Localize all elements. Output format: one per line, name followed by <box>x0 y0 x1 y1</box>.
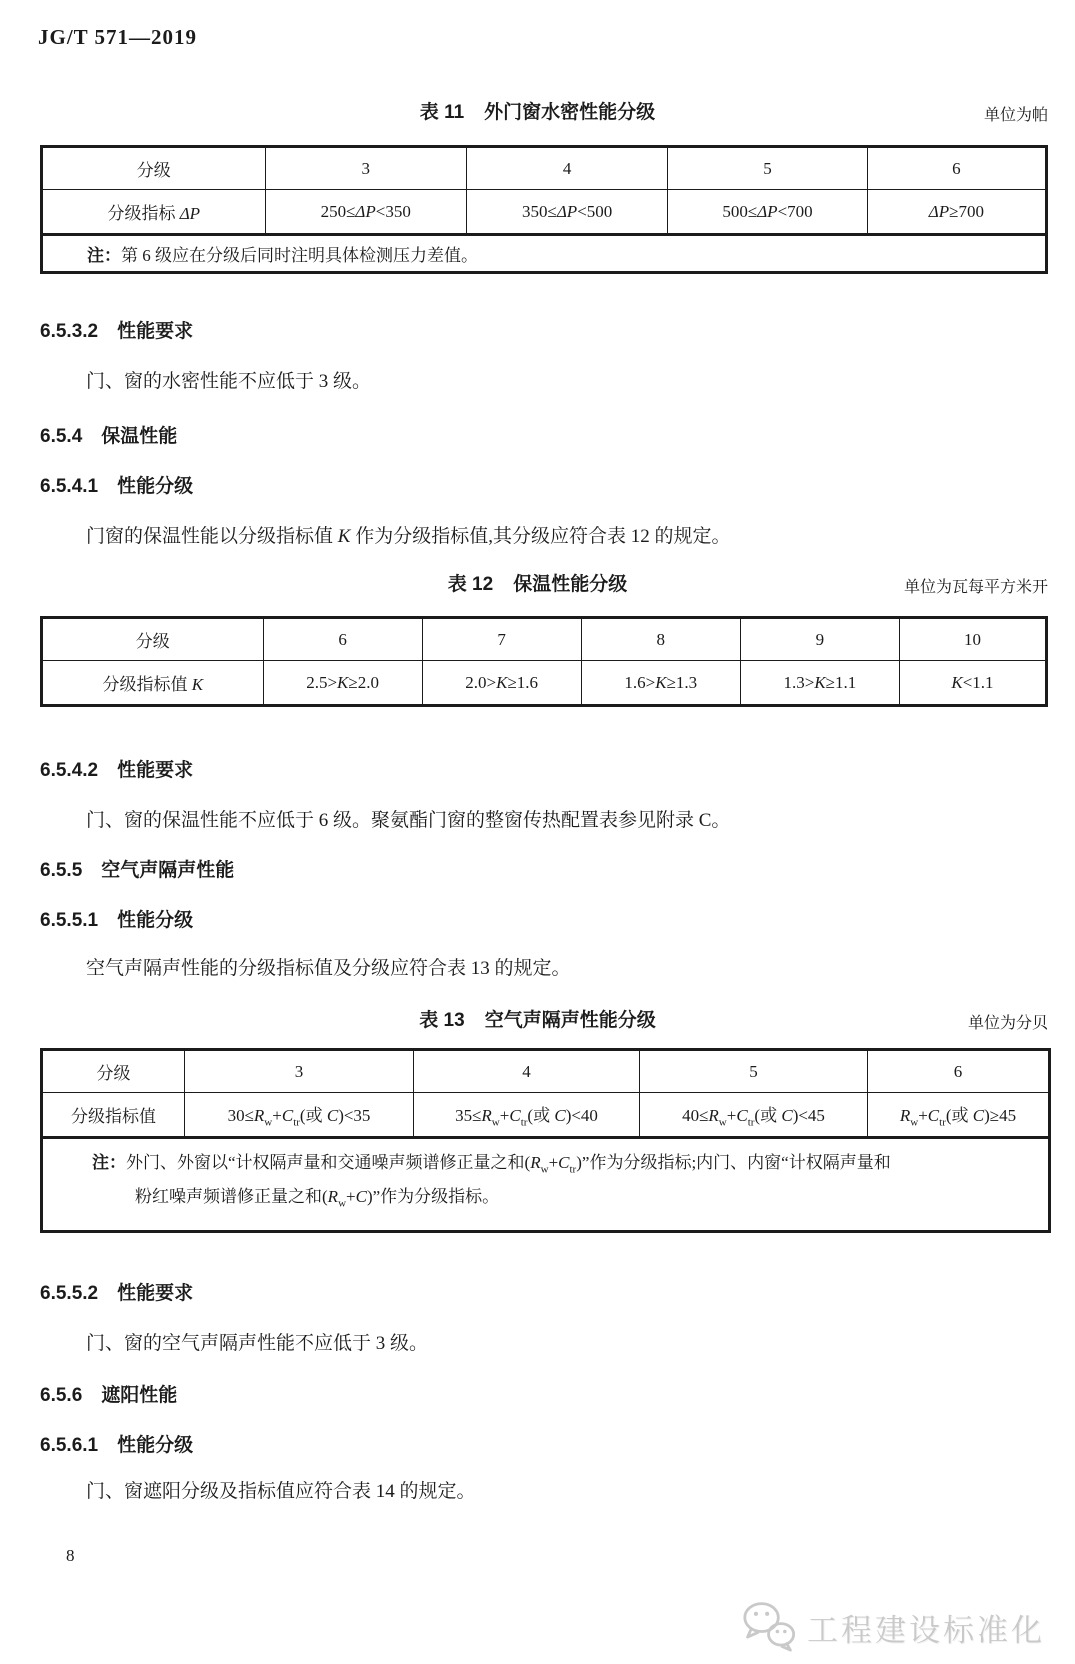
column-header: 5 <box>640 1050 868 1093</box>
section-heading-6561: 6.5.6.1性能分级 <box>40 1433 1075 1459</box>
section-heading-655: 6.5.5空气声隔声性能 <box>40 858 1075 884</box>
table-cell: 2.5>K≥2.0 <box>263 661 422 706</box>
table-12-header-row: 分级 6 7 8 9 10 <box>42 618 1047 661</box>
paragraph: 门、窗的保温性能不应低于 6 级。聚氨酯门窗的整窗传热配置表参见附录 C。 <box>86 808 1035 834</box>
paragraph: 门窗的保温性能以分级指标值 K 作为分级指标值,其分级应符合表 12 的规定。 <box>86 524 1035 550</box>
section-title: 遮阳性能 <box>101 1385 177 1406</box>
table-12-caption-title: 保温性能分级 <box>513 574 627 595</box>
section-title: 性能分级 <box>117 476 193 497</box>
table-cell: 250≤ΔP<350 <box>265 190 466 235</box>
column-header: 4 <box>414 1050 640 1093</box>
table-cell: 1.6>K≥1.3 <box>581 661 740 706</box>
table-13-note-row: 注：外门、外窗以“计权隔声量和交通噪声频谱修正量之和(Rw+Ctr)”作为分级指… <box>42 1138 1050 1232</box>
table-11-caption-title: 外门窗水密性能分级 <box>484 102 655 123</box>
section-number: 6.5.6 <box>40 1385 82 1406</box>
table-11: 分级 3 4 5 6 分级指标 ΔP 250≤ΔP<350 350≤ΔP<500… <box>40 145 1048 274</box>
table-13-caption-label: 表 13 <box>419 1010 464 1031</box>
table-note: 注：第 6 级应在分级后同时注明具体检测压力差值。 <box>42 235 1047 273</box>
column-header: 3 <box>265 147 466 190</box>
table-cell: 30≤Rw+Ctr(或 C)<35 <box>185 1093 414 1138</box>
section-number: 6.5.4.2 <box>40 760 98 781</box>
column-header: 6 <box>868 1050 1050 1093</box>
table-12-caption-label: 表 12 <box>448 574 493 595</box>
section-title: 性能分级 <box>117 910 193 931</box>
section-heading-6541: 6.5.4.1性能分级 <box>40 474 1075 500</box>
table-cell: K<1.1 <box>899 661 1046 706</box>
column-header: 7 <box>422 618 581 661</box>
column-header: 3 <box>185 1050 414 1093</box>
table-11-header-row: 分级 3 4 5 6 <box>42 147 1047 190</box>
section-number: 6.5.5 <box>40 860 82 881</box>
table-13-data-row: 分级指标值 30≤Rw+Ctr(或 C)<35 35≤Rw+Ctr(或 C)<4… <box>42 1093 1050 1138</box>
table-12: 分级 6 7 8 9 10 分级指标值 K 2.5>K≥2.0 2.0>K≥1.… <box>40 616 1048 707</box>
document-code: JG/T 571—2019 <box>38 24 1075 50</box>
column-header: 5 <box>668 147 867 190</box>
row-label: 分级指标值 <box>42 1093 185 1138</box>
column-header: 6 <box>867 147 1046 190</box>
table-13: 分级 3 4 5 6 分级指标值 30≤Rw+Ctr(或 C)<35 35≤Rw… <box>40 1048 1051 1233</box>
column-header: 分级 <box>42 147 266 190</box>
section-heading-6551: 6.5.5.1性能分级 <box>40 908 1075 934</box>
section-title: 性能分级 <box>117 1435 193 1456</box>
table-11-unit-label: 单位为帕 <box>984 103 1048 129</box>
paragraph: 空气声隔声性能的分级指标值及分级应符合表 13 的规定。 <box>86 956 1035 982</box>
table-cell: 40≤Rw+Ctr(或 C)<45 <box>640 1093 868 1138</box>
table-11-caption-label: 表 11 <box>420 102 464 123</box>
watermark-text: 工程建设标准化 <box>807 1605 1045 1650</box>
section-heading-656: 6.5.6遮阳性能 <box>40 1383 1075 1409</box>
page-number: 8 <box>66 1546 75 1566</box>
table-12-caption: 表 12保温性能分级 单位为瓦每平方米开 <box>0 572 1075 598</box>
column-header: 9 <box>740 618 899 661</box>
section-heading-6542: 6.5.4.2性能要求 <box>40 758 1075 784</box>
column-header: 分级 <box>42 618 264 661</box>
section-title: 性能要求 <box>117 321 193 342</box>
document-page: JG/T 571—2019 表 11外门窗水密性能分级 单位为帕 分级 3 4 … <box>0 0 1075 1664</box>
section-number: 6.5.5.2 <box>40 1283 98 1304</box>
table-12-data-row: 分级指标值 K 2.5>K≥2.0 2.0>K≥1.6 1.6>K≥1.3 1.… <box>42 661 1047 706</box>
paragraph: 门、窗遮阳分级及指标值应符合表 14 的规定。 <box>86 1479 1035 1505</box>
section-number: 6.5.6.1 <box>40 1435 98 1456</box>
table-note: 注：外门、外窗以“计权隔声量和交通噪声频谱修正量之和(Rw+Ctr)”作为分级指… <box>42 1138 1050 1232</box>
section-title: 空气声隔声性能 <box>101 860 234 881</box>
section-heading-654: 6.5.4保温性能 <box>40 424 1075 450</box>
column-header: 8 <box>581 618 740 661</box>
section-heading-6552: 6.5.5.2性能要求 <box>40 1281 1075 1307</box>
table-13-caption-title: 空气声隔声性能分级 <box>485 1010 656 1031</box>
column-header: 4 <box>466 147 667 190</box>
section-number: 6.5.4 <box>40 426 82 447</box>
section-title: 保温性能 <box>101 426 177 447</box>
column-header: 6 <box>263 618 422 661</box>
row-label: 分级指标 ΔP <box>42 190 266 235</box>
table-cell: 2.0>K≥1.6 <box>422 661 581 706</box>
wechat-chat-bubbles-icon <box>739 1598 799 1657</box>
section-heading-6532: 6.5.3.2性能要求 <box>40 319 1075 345</box>
row-label: 分级指标值 K <box>42 661 264 706</box>
table-13-caption: 表 13空气声隔声性能分级 单位为分贝 <box>0 1008 1075 1034</box>
table-11-caption: 表 11外门窗水密性能分级 单位为帕 <box>0 100 1075 126</box>
table-11-note-row: 注：第 6 级应在分级后同时注明具体检测压力差值。 <box>42 235 1047 273</box>
column-header: 分级 <box>42 1050 185 1093</box>
table-cell: 500≤ΔP<700 <box>668 190 867 235</box>
paragraph: 门、窗的水密性能不应低于 3 级。 <box>86 369 1035 395</box>
publisher-watermark: 工程建设标准化 <box>739 1598 1045 1657</box>
table-cell: 1.3>K≥1.1 <box>740 661 899 706</box>
table-12-unit-label: 单位为瓦每平方米开 <box>904 575 1048 601</box>
table-cell: 35≤Rw+Ctr(或 C)<40 <box>414 1093 640 1138</box>
section-title: 性能要求 <box>117 1283 193 1304</box>
table-cell: Rw+Ctr(或 C)≥45 <box>868 1093 1050 1138</box>
table-cell: ΔP≥700 <box>867 190 1046 235</box>
table-13-unit-label: 单位为分贝 <box>968 1011 1048 1037</box>
section-number: 6.5.5.1 <box>40 910 98 931</box>
section-title: 性能要求 <box>117 760 193 781</box>
table-11-data-row: 分级指标 ΔP 250≤ΔP<350 350≤ΔP<500 500≤ΔP<700… <box>42 190 1047 235</box>
section-number: 6.5.3.2 <box>40 321 98 342</box>
table-13-header-row: 分级 3 4 5 6 <box>42 1050 1050 1093</box>
paragraph: 门、窗的空气声隔声性能不应低于 3 级。 <box>86 1331 1035 1357</box>
column-header: 10 <box>899 618 1046 661</box>
section-number: 6.5.4.1 <box>40 476 98 497</box>
table-cell: 350≤ΔP<500 <box>466 190 667 235</box>
